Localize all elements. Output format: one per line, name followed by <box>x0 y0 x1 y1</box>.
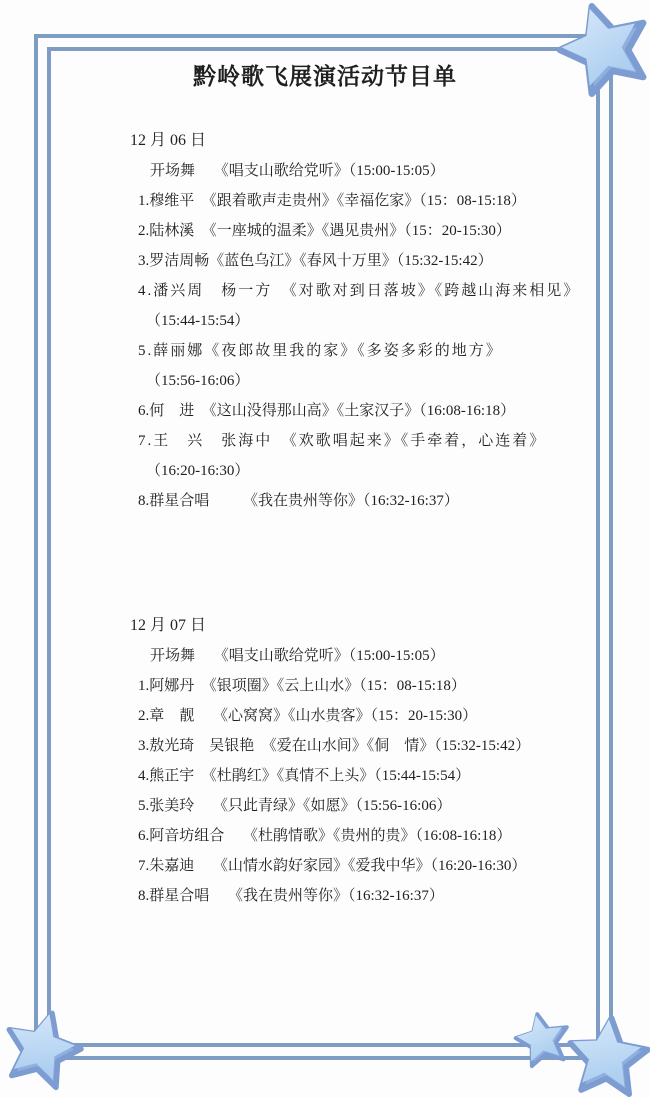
program-line-time: （15:44-15:54） <box>130 306 536 336</box>
program-line: 8.群星合唱 《我在贵州等你》（16:32-16:37） <box>130 881 536 911</box>
program-line: 1.穆维平 《跟着歌声走贵州》《幸福仡家》（15：08-15:18） <box>130 186 536 216</box>
program-document: 黔岭歌飞展演活动节目单 12 月 06 日 开场舞 《唱支山歌给党听》（15:0… <box>0 0 650 1098</box>
section-date: 12 月 07 日 <box>130 611 536 641</box>
section-date: 12 月 06 日 <box>130 126 536 156</box>
program-line: 8.群星合唱 《我在贵州等你》（16:32-16:37） <box>130 486 536 516</box>
program-line-time: （16:20-16:30） <box>130 456 536 486</box>
program-line: 5.张美玲 《只此青绿》《如愿》（15:56-16:06） <box>130 791 536 821</box>
program-line: 6.何 进 《这山没得那山高》《土家汉子》（16:08-16:18） <box>130 396 536 426</box>
program-line: 2.章 靓 《心窝窝》《山水贵客》（15：20-15:30） <box>130 701 536 731</box>
program-section-dec07: 12 月 07 日 开场舞 《唱支山歌给党听》（15:00-15:05） 1.阿… <box>130 611 536 911</box>
page-title: 黔岭歌飞展演活动节目单 <box>0 62 650 92</box>
program-line: 1.阿娜丹 《银项圈》《云上山水》（15：08-15:18） <box>130 671 536 701</box>
program-line: 7.朱嘉迪 《山情水韵好家园》《爱我中华》（16:20-16:30） <box>130 851 536 881</box>
program-line: 4.熊正宇 《杜鹃红》《真情不上头》（15:44-15:54） <box>130 761 536 791</box>
program-section-dec06: 12 月 06 日 开场舞 《唱支山歌给党听》（15:00-15:05） 1.穆… <box>130 126 536 516</box>
program-line-time: （15:56-16:06） <box>130 366 536 396</box>
program-line: 2.陆林溪 《一座城的温柔》《遇见贵州》（15：20-15:30） <box>130 216 536 246</box>
program-line: 4.潘兴周 杨一方 《对歌对到日落坡》《跨越山海来相见》 <box>130 276 536 306</box>
program-line: 3.罗洁周畅《蓝色乌江》《春风十万里》（15:32-15:42） <box>130 246 536 276</box>
program-line: 开场舞 《唱支山歌给党听》（15:00-15:05） <box>130 641 536 671</box>
program-line: 7.王 兴 张海中 《欢歌唱起来》《手牵着，心连着》 <box>130 426 536 456</box>
program-line: 5.薛丽娜《夜郎故里我的家》《多姿多彩的地方》 <box>130 336 536 366</box>
program-content: 12 月 06 日 开场舞 《唱支山歌给党听》（15:00-15:05） 1.穆… <box>130 126 536 911</box>
program-line: 开场舞 《唱支山歌给党听》（15:00-15:05） <box>130 156 536 186</box>
program-line: 3.敖光琦 吴银艳 《爱在山水间》《侗 情》（15:32-15:42） <box>130 731 536 761</box>
program-line: 6.阿音坊组合 《杜鹃情歌》《贵州的贵》（16:08-16:18） <box>130 821 536 851</box>
